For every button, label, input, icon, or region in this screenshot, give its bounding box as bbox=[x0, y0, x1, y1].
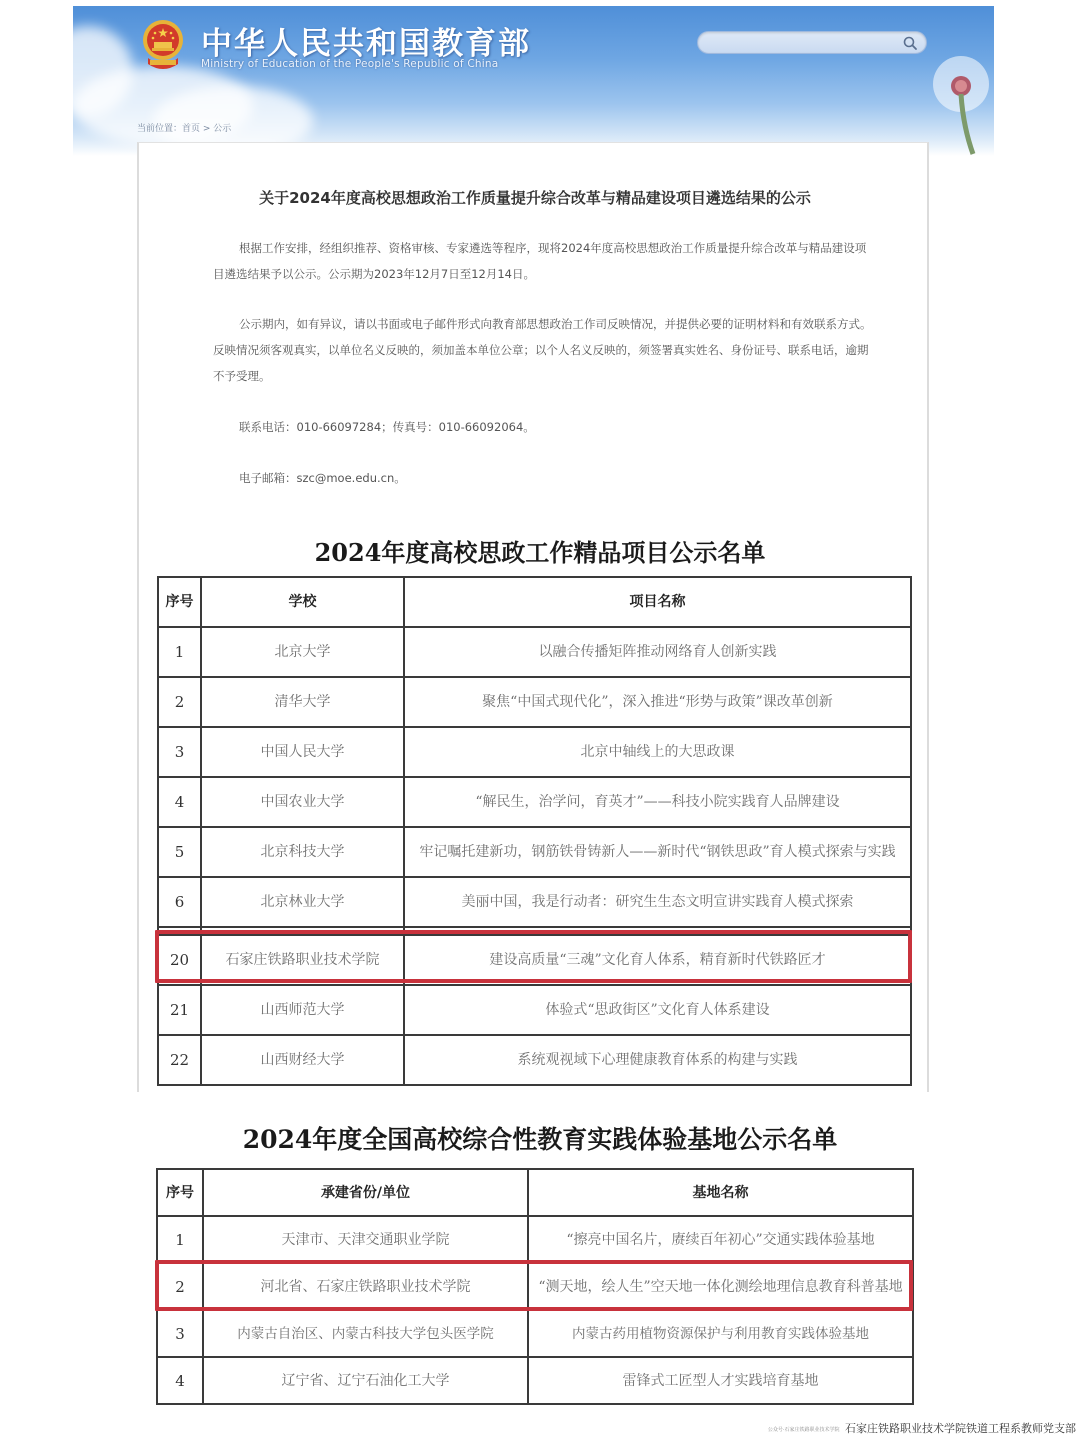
table-row: 1 北京大学 以融合传播矩阵推动网络育人创新实践 bbox=[158, 627, 911, 677]
site-subtitle: Ministry of Education of the People's Re… bbox=[201, 58, 498, 70]
row-school: 石家庄铁路职业技术学院 bbox=[201, 935, 404, 985]
row-school: 山西财经大学 bbox=[201, 1035, 404, 1085]
row-project: 美丽中国，我是行动者：研究生生态文明宣讲实践育人模式探索 bbox=[404, 877, 911, 927]
table-row-highlighted: 2 河北省、石家庄铁路职业技术学院 “测天地，绘人生”空天地一体化测绘地理信息教… bbox=[157, 1263, 913, 1310]
search-icon[interactable] bbox=[902, 35, 918, 51]
table-row: 21 山西师范大学 体验式“思政街区”文化育人体系建设 bbox=[158, 985, 911, 1035]
dandelion-decoration-icon bbox=[923, 46, 993, 156]
table-row: 3 内蒙古自治区、内蒙古科技大学包头医学院 内蒙古药用植物资源保护与利用教育实践… bbox=[157, 1310, 913, 1357]
watermark: 公众号·石家庄铁路职业技术学院 石家庄铁路职业技术学院铁道工程系教师党支部 bbox=[768, 1420, 1076, 1436]
table-practice-bases: 序号 承建省份/单位 基地名称 1 天津市、天津交通职业学院 “擦亮中国名片，赓… bbox=[156, 1168, 914, 1405]
row-number: 6 bbox=[158, 877, 201, 927]
row-number: 2 bbox=[158, 677, 201, 727]
row-project: 聚焦“中国式现代化”，深入推进“形势与政策”课改革创新 bbox=[404, 677, 911, 727]
row-base: “擦亮中国名片，赓续百年初心”交通实践体验基地 bbox=[528, 1216, 913, 1263]
notice-title: 关于2024年度高校思想政治工作质量提升综合改革与精品建设项目遴选结果的公示 bbox=[139, 187, 931, 208]
row-base: 雷锋式工匠型人才实践培育基地 bbox=[528, 1357, 913, 1404]
row-project: 以融合传播矩阵推动网络育人创新实践 bbox=[404, 627, 911, 677]
row-school: 中国农业大学 bbox=[201, 777, 404, 827]
table-quality-projects: 序号 学校 项目名称 1 北京大学 以融合传播矩阵推动网络育人创新实践 2 清华… bbox=[157, 576, 912, 1086]
column-header-base: 基地名称 bbox=[528, 1169, 913, 1216]
row-number: 1 bbox=[157, 1216, 203, 1263]
column-header-project: 项目名称 bbox=[404, 577, 911, 627]
table-row: 5 北京科技大学 牢记嘱托建新功，钢筋铁骨铸新人——新时代“钢铁思政”育人模式探… bbox=[158, 827, 911, 877]
column-header-number: 序号 bbox=[158, 577, 201, 627]
contact-phone: 联系电话：010-66097284；传真号：010-66092064。 bbox=[239, 419, 535, 435]
table-row: 4 中国农业大学 “解民生，治学问，育英才”——科技小院实践育人品牌建设 bbox=[158, 777, 911, 827]
table-row: 1 天津市、天津交通职业学院 “擦亮中国名片，赓续百年初心”交通实践体验基地 bbox=[157, 1216, 913, 1263]
table-gap-row bbox=[158, 927, 911, 935]
table2-title: 2024年度全国高校综合性教育实践体验基地公示名单 bbox=[0, 1120, 1080, 1156]
row-number: 3 bbox=[158, 727, 201, 777]
notice-paragraph: 公示期内，如有异议，请以书面或电子邮件形式向教育部思想政治工作司反映情况，并提供… bbox=[213, 311, 873, 389]
breadcrumb[interactable]: 当前位置：首页 > 公示 bbox=[137, 121, 231, 134]
site-header-banner: 中华人民共和国教育部 Ministry of Education of the … bbox=[73, 6, 994, 156]
row-school: 山西师范大学 bbox=[201, 985, 404, 1035]
row-project: 系统观视域下心理健康教育体系的构建与实践 bbox=[404, 1035, 911, 1085]
table-row: 2 清华大学 聚焦“中国式现代化”，深入推进“形势与政策”课改革创新 bbox=[158, 677, 911, 727]
row-base: “测天地，绘人生”空天地一体化测绘地理信息教育科普基地 bbox=[528, 1263, 913, 1310]
table-row-highlighted: 20 石家庄铁路职业技术学院 建设高质量“三魂”文化育人体系，精育新时代铁路匠才 bbox=[158, 935, 911, 985]
row-number: 2 bbox=[157, 1263, 203, 1310]
row-school: 清华大学 bbox=[201, 677, 404, 727]
table-header-row: 序号 承建省份/单位 基地名称 bbox=[157, 1169, 913, 1216]
row-unit: 河北省、石家庄铁路职业技术学院 bbox=[203, 1263, 528, 1310]
site-title[interactable]: 中华人民共和国教育部 bbox=[201, 18, 531, 63]
search-input[interactable] bbox=[697, 31, 927, 54]
table1-title: 2024年度高校思政工作精品项目公示名单 bbox=[0, 533, 1080, 568]
row-number: 4 bbox=[157, 1357, 203, 1404]
row-project: 北京中轴线上的大思政课 bbox=[404, 727, 911, 777]
watermark-text: 石家庄铁路职业技术学院铁道工程系教师党支部 bbox=[845, 1422, 1076, 1435]
column-header-school: 学校 bbox=[201, 577, 404, 627]
row-number: 21 bbox=[158, 985, 201, 1035]
row-school: 中国人民大学 bbox=[201, 727, 404, 777]
table-row: 3 中国人民大学 北京中轴线上的大思政课 bbox=[158, 727, 911, 777]
row-unit: 辽宁省、辽宁石油化工大学 bbox=[203, 1357, 528, 1404]
table-row: 22 山西财经大学 系统观视域下心理健康教育体系的构建与实践 bbox=[158, 1035, 911, 1085]
row-school: 北京大学 bbox=[201, 627, 404, 677]
row-number: 1 bbox=[158, 627, 201, 677]
row-school: 北京林业大学 bbox=[201, 877, 404, 927]
row-base: 内蒙古药用植物资源保护与利用教育实践体验基地 bbox=[528, 1310, 913, 1357]
row-school: 北京科技大学 bbox=[201, 827, 404, 877]
table-row: 6 北京林业大学 美丽中国，我是行动者：研究生生态文明宣讲实践育人模式探索 bbox=[158, 877, 911, 927]
row-number: 4 bbox=[158, 777, 201, 827]
row-unit: 内蒙古自治区、内蒙古科技大学包头医学院 bbox=[203, 1310, 528, 1357]
column-header-number: 序号 bbox=[157, 1169, 203, 1216]
national-emblem-icon bbox=[140, 18, 186, 74]
table-header-row: 序号 学校 项目名称 bbox=[158, 577, 911, 627]
row-project: 牢记嘱托建新功，钢筋铁骨铸新人——新时代“钢铁思政”育人模式探索与实践 bbox=[404, 827, 911, 877]
row-number: 20 bbox=[158, 935, 201, 985]
watermark-prefix: 公众号·石家庄铁路职业技术学院 bbox=[768, 1427, 840, 1433]
row-number: 5 bbox=[158, 827, 201, 877]
row-unit: 天津市、天津交通职业学院 bbox=[203, 1216, 528, 1263]
row-number: 22 bbox=[158, 1035, 201, 1085]
row-project: “解民生，治学问，育英才”——科技小院实践育人品牌建设 bbox=[404, 777, 911, 827]
row-project: 建设高质量“三魂”文化育人体系，精育新时代铁路匠才 bbox=[404, 935, 911, 985]
row-number: 3 bbox=[157, 1310, 203, 1357]
column-header-unit: 承建省份/单位 bbox=[203, 1169, 528, 1216]
contact-email[interactable]: 电子邮箱：szc@moe.edu.cn。 bbox=[239, 470, 406, 486]
row-project: 体验式“思政街区”文化育人体系建设 bbox=[404, 985, 911, 1035]
notice-paragraph: 根据工作安排，经组织推荐、资格审核、专家遴选等程序，现将2024年度高校思想政治… bbox=[213, 235, 873, 287]
table-row: 4 辽宁省、辽宁石油化工大学 雷锋式工匠型人才实践培育基地 bbox=[157, 1357, 913, 1404]
